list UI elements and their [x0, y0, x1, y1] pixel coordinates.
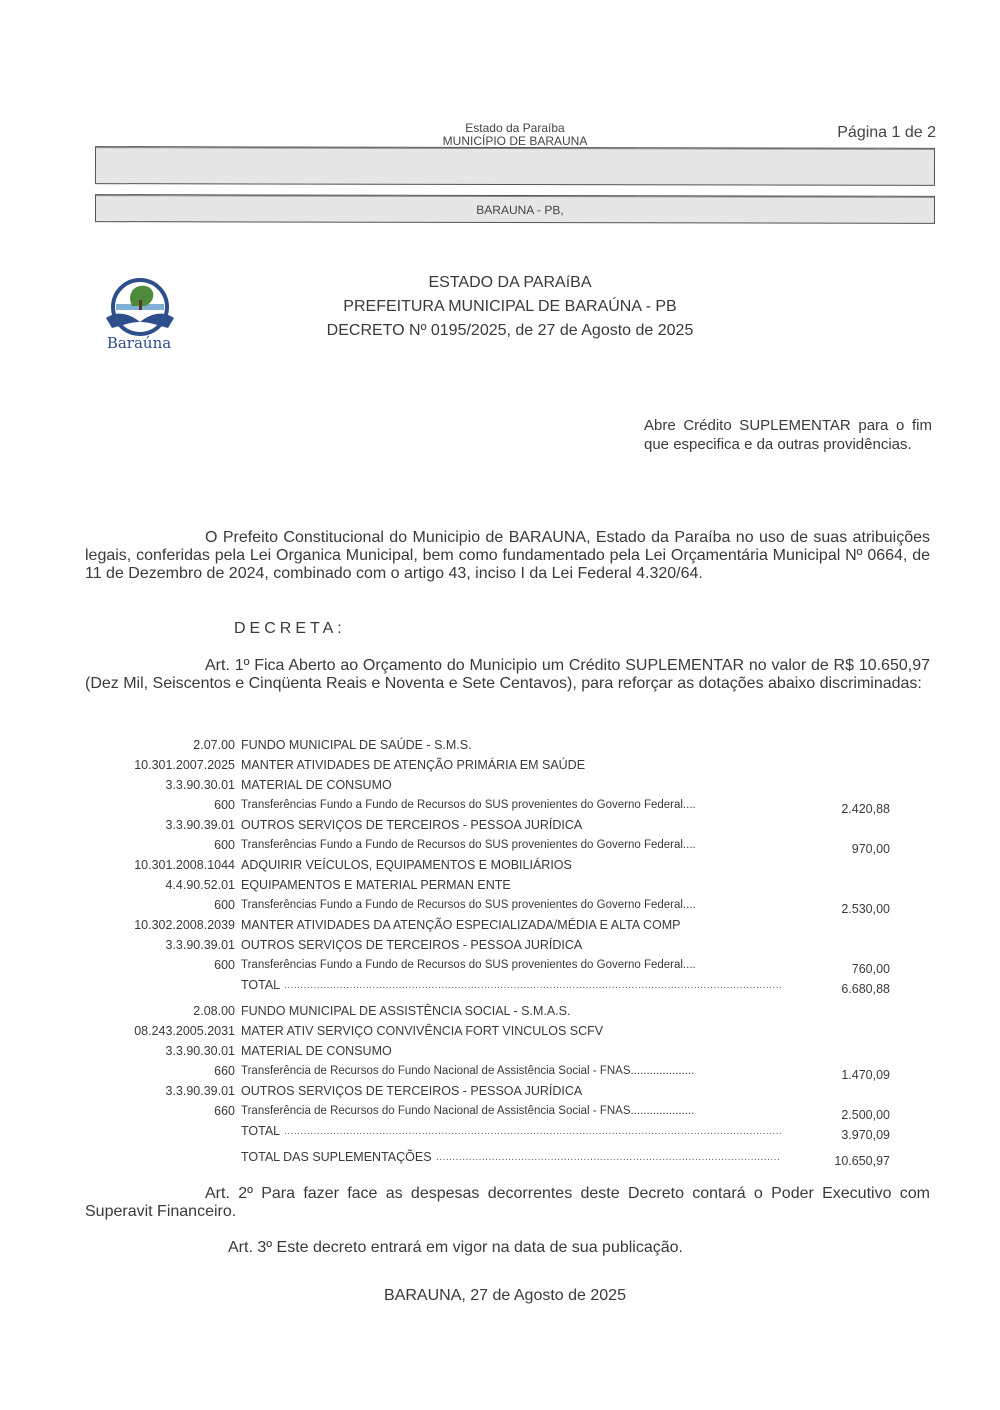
table-row: 600Transferências Fundo a Fundo de Recur… — [0, 898, 1000, 918]
article-2: Art. 2º Para fazer face as despesas deco… — [85, 1185, 930, 1221]
total-row: TOTAL...................................… — [0, 978, 1000, 998]
dotted-leader: ........................................… — [284, 980, 781, 991]
ementa: Abre Crédito SUPLEMENTAR para o fim que … — [644, 416, 932, 454]
row-code: 600 — [214, 798, 235, 812]
row-code: 10.301.2008.1044 — [134, 858, 235, 872]
row-code: 600 — [214, 958, 235, 972]
row-description: MATER ATIV SERVIÇO CONVIVÊNCIA FORT VINC… — [241, 1024, 603, 1038]
table-row: 10.301.2008.1044ADQUIRIR VEÍCULOS, EQUIP… — [0, 858, 1000, 878]
row-description: MANTER ATIVIDADES DE ATENÇÃO PRIMÁRIA EM… — [241, 758, 585, 772]
table-row: 3.3.90.30.01MATERIAL DE CONSUMO — [0, 1044, 1000, 1064]
row-description: Transferências Fundo a Fundo de Recursos… — [241, 839, 696, 851]
allocations-table: 2.07.00FUNDO MUNICIPAL DE SAÚDE - S.M.S.… — [0, 738, 1000, 1170]
row-description: Transferências Fundo a Fundo de Recursos… — [241, 959, 696, 971]
header-band-location: BARAUNA - PB, — [95, 194, 935, 224]
table-row: 600Transferências Fundo a Fundo de Recur… — [0, 838, 1000, 858]
row-code: 600 — [214, 898, 235, 912]
article-3: Art. 3º Este decreto entrará em vigor na… — [228, 1239, 683, 1257]
article-1-text: Art. 1º Fica Aberto ao Orçamento do Muni… — [85, 657, 930, 692]
table-row: 3.3.90.30.01MATERIAL DE CONSUMO — [0, 778, 1000, 798]
table-row: 10.301.2007.2025MANTER ATIVIDADES DE ATE… — [0, 758, 1000, 778]
row-amount: 10.650,97 — [834, 1154, 890, 1168]
row-description: Transferências Fundo a Fundo de Recursos… — [241, 899, 696, 911]
table-row: 660Transferência de Recursos do Fundo Na… — [0, 1104, 1000, 1124]
row-amount: 1.470,09 — [841, 1068, 890, 1082]
table-row: 08.243.2005.2031MATER ATIV SERVIÇO CONVI… — [0, 1024, 1000, 1044]
row-code: 600 — [214, 838, 235, 852]
row-description: Transferência de Recursos do Fundo Nacio… — [241, 1105, 694, 1117]
dotted-leader: ........................................… — [284, 1126, 781, 1137]
row-description: FUNDO MUNICIPAL DE ASSISTÊNCIA SOCIAL - … — [241, 1004, 570, 1018]
page-indicator: Página 1 de 2 — [837, 124, 936, 142]
row-description: Transferência de Recursos do Fundo Nacio… — [241, 1065, 694, 1077]
dotted-leader: ........................................… — [436, 1152, 781, 1163]
row-amount: 3.970,09 — [841, 1128, 890, 1142]
row-code: 3.3.90.39.01 — [165, 938, 235, 952]
row-amount: 970,00 — [852, 842, 890, 856]
table-row: 3.3.90.39.01OUTROS SERVIÇOS DE TERCEIROS… — [0, 818, 1000, 838]
row-description: TOTAL — [241, 978, 280, 992]
total-row: TOTAL...................................… — [0, 1124, 1000, 1144]
table-row: 600Transferências Fundo a Fundo de Recur… — [0, 798, 1000, 818]
row-amount: 2.420,88 — [841, 802, 890, 816]
decreta-heading: DECRETA: — [234, 620, 346, 638]
row-description: Transferências Fundo a Fundo de Recursos… — [241, 799, 696, 811]
row-code: 3.3.90.39.01 — [165, 1084, 235, 1098]
row-code: 10.302.2008.2039 — [134, 918, 235, 932]
total-row: TOTAL DAS SUPLEMENTAÇÕES................… — [0, 1150, 1000, 1170]
row-description: ADQUIRIR VEÍCULOS, EQUIPAMENTOS E MOBILI… — [241, 858, 572, 872]
table-row: 660Transferência de Recursos do Fundo Na… — [0, 1064, 1000, 1084]
row-amount: 2.530,00 — [841, 902, 890, 916]
row-amount: 760,00 — [852, 962, 890, 976]
table-row: 3.3.90.39.01OUTROS SERVIÇOS DE TERCEIROS… — [0, 1084, 1000, 1104]
row-description: OUTROS SERVIÇOS DE TERCEIROS - PESSOA JU… — [241, 938, 582, 952]
row-code: 3.3.90.30.01 — [165, 778, 235, 792]
row-amount: 2.500,00 — [841, 1108, 890, 1122]
row-code: 08.243.2005.2031 — [134, 1024, 235, 1038]
row-description: TOTAL DAS SUPLEMENTAÇÕES — [241, 1150, 432, 1164]
band-location-text: BARAUNA - PB, — [96, 195, 934, 225]
row-code: 660 — [214, 1064, 235, 1078]
preamble-text: O Prefeito Constitucional do Municipio d… — [85, 529, 930, 582]
row-code: 2.08.00 — [193, 1004, 235, 1018]
row-description: MATERIAL DE CONSUMO — [241, 1044, 392, 1058]
article-2-text: Art. 2º Para fazer face as despesas deco… — [85, 1185, 930, 1220]
row-code: 3.3.90.30.01 — [165, 1044, 235, 1058]
row-code: 2.07.00 — [193, 738, 235, 752]
row-code: 4.4.90.52.01 — [165, 878, 235, 892]
title-prefeitura: PREFEITURA MUNICIPAL DE BARAÚNA - PB — [0, 298, 1000, 316]
row-description: EQUIPAMENTOS E MATERIAL PERMAN ENTE — [241, 878, 511, 892]
row-description: MATERIAL DE CONSUMO — [241, 778, 392, 792]
preamble-paragraph: O Prefeito Constitucional do Municipio d… — [85, 529, 930, 583]
row-code: 660 — [214, 1104, 235, 1118]
table-row: 2.08.00FUNDO MUNICIPAL DE ASSISTÊNCIA SO… — [0, 1004, 1000, 1024]
table-row: 600Transferências Fundo a Fundo de Recur… — [0, 958, 1000, 978]
title-decree-number: DECRETO Nº 0195/2025, de 27 de Agosto de… — [0, 322, 1000, 340]
row-description: MANTER ATIVIDADES DA ATENÇÃO ESPECIALIZA… — [241, 918, 680, 932]
row-description: OUTROS SERVIÇOS DE TERCEIROS - PESSOA JU… — [241, 1084, 582, 1098]
closing-place-date: BARAUNA, 27 de Agosto de 2025 — [0, 1287, 1000, 1305]
header-band-blank — [95, 146, 935, 186]
row-description: OUTROS SERVIÇOS DE TERCEIROS - PESSOA JU… — [241, 818, 582, 832]
table-row: 2.07.00FUNDO MUNICIPAL DE SAÚDE - S.M.S. — [0, 738, 1000, 758]
article-1: Art. 1º Fica Aberto ao Orçamento do Muni… — [85, 657, 930, 693]
row-description: FUNDO MUNICIPAL DE SAÚDE - S.M.S. — [241, 738, 472, 752]
title-state: ESTADO DA PARAíBA — [0, 274, 1000, 292]
table-row: 4.4.90.52.01EQUIPAMENTOS E MATERIAL PERM… — [0, 878, 1000, 898]
row-amount: 6.680,88 — [841, 982, 890, 996]
row-description: TOTAL — [241, 1124, 280, 1138]
table-row: 3.3.90.39.01OUTROS SERVIÇOS DE TERCEIROS… — [0, 938, 1000, 958]
row-code: 3.3.90.39.01 — [165, 818, 235, 832]
table-row: 10.302.2008.2039MANTER ATIVIDADES DA ATE… — [0, 918, 1000, 938]
row-code: 10.301.2007.2025 — [134, 758, 235, 772]
